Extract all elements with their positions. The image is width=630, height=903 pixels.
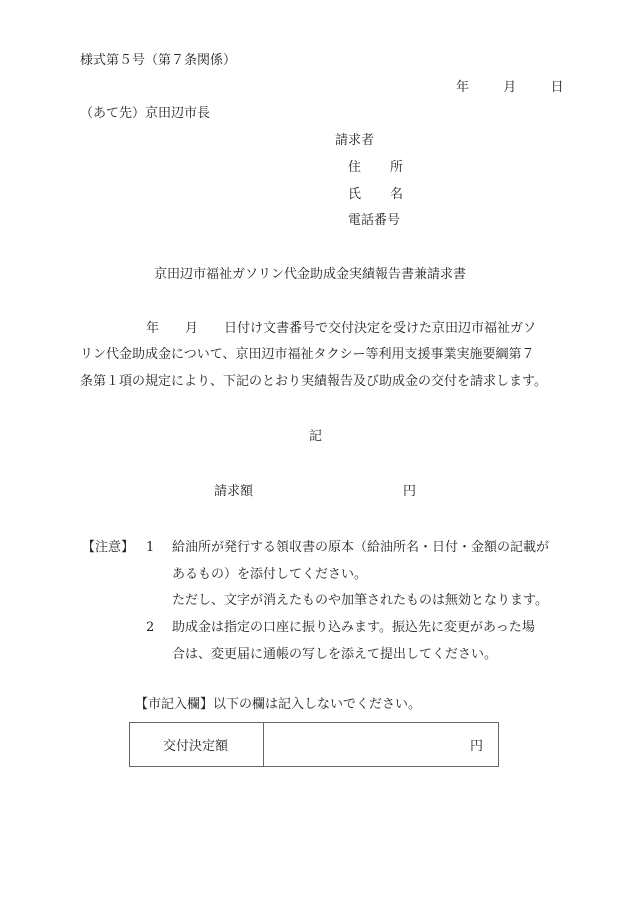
requester-heading: 請求者: [335, 134, 374, 147]
ki-marker: 記: [309, 430, 322, 443]
note-1-number: 1: [146, 541, 154, 554]
date-line: 年 月 日: [456, 81, 564, 94]
grant-decision-value-cell: 円: [264, 723, 498, 766]
note-1-line-1: 給油所が発行する領収書の原本（給油所名・日付・金額の記載が: [172, 541, 549, 554]
name-label: 氏名: [348, 188, 403, 201]
note-2-line-2: 合は、変更届に通帳の写しを添えて提出してください。: [172, 648, 497, 661]
body-line-1: 年月日付け文書番号で交付決定を受けた京田辺市福祉ガソ: [146, 322, 536, 335]
date-year-label: 年: [456, 80, 469, 95]
addressee: （あて先）京田辺市長: [80, 107, 210, 120]
grant-decision-label-cell: 交付決定額: [130, 723, 264, 766]
body-line-3: 条第１項の規定により、下記のとおり実績報告及び助成金の交付を請求します。: [80, 375, 547, 388]
grant-decision-label: 交付決定額: [163, 735, 228, 754]
grant-decision-table: 交付決定額 円: [129, 722, 499, 767]
document-title: 京田辺市福祉ガソリン代金助成金実績報告書兼請求書: [154, 268, 466, 281]
notes-heading: 【注意】: [82, 541, 134, 554]
claim-amount-unit: 円: [403, 485, 416, 498]
grant-decision-unit: 円: [470, 735, 483, 754]
note-1-line-2: あるもの）を添付してください。: [172, 568, 367, 581]
phone-label: 電話番号: [348, 214, 400, 227]
note-1-line-3: ただし、文字が消えたものや加筆されたものは無効となります。: [172, 594, 548, 607]
note-2-line-1: 助成金は指定の口座に振り込みます。振込先に変更があった場: [172, 621, 535, 634]
note-2-number: 2: [146, 621, 154, 634]
claim-amount-label: 請求額: [214, 485, 253, 498]
address-label: 住所: [348, 161, 403, 174]
form-number: 様式第５号（第７条関係）: [80, 54, 236, 67]
body-line-2: リン代金助成金について、京田辺市福祉タクシー等利用支援事業実施要綱第７: [80, 348, 534, 361]
date-day-label: 日: [551, 80, 564, 95]
date-month-label: 月: [503, 80, 516, 95]
city-section-heading: 【市記入欄】以下の欄は記入しないでください。: [135, 698, 421, 711]
